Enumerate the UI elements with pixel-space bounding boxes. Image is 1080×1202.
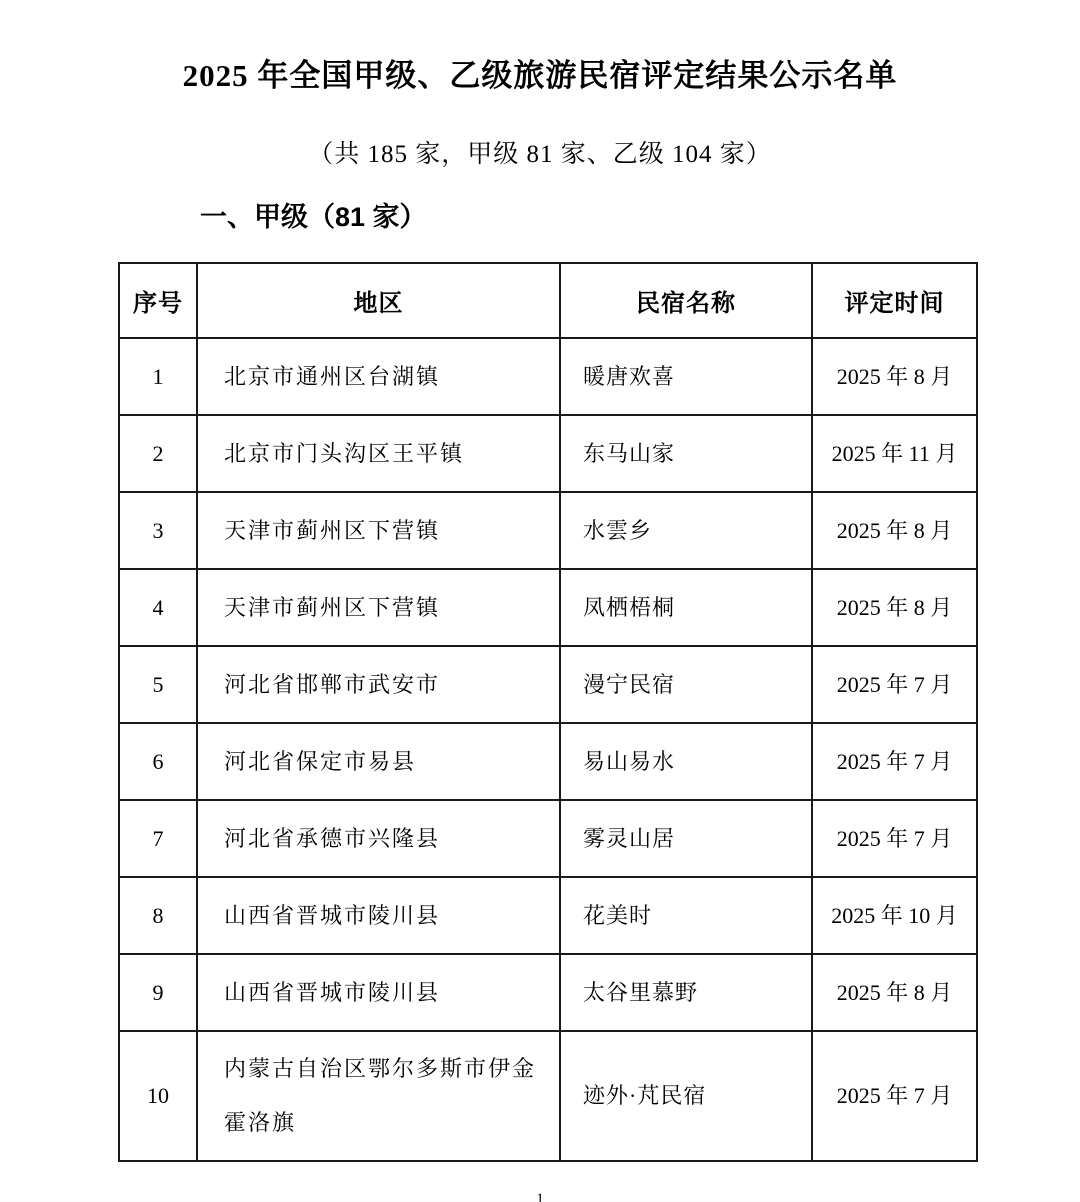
cell-index: 3 — [119, 492, 197, 569]
column-header-eval-date: 评定时间 — [812, 263, 977, 338]
cell-eval-date: 2025 年 7 月 — [812, 646, 977, 723]
cell-region: 北京市门头沟区王平镇 — [197, 415, 560, 492]
table-row: 6 河北省保定市易县 易山易水 2025 年 7 月 — [119, 723, 977, 800]
cell-homestay-name: 太谷里慕野 — [560, 954, 812, 1031]
cell-homestay-name: 凤栖梧桐 — [560, 569, 812, 646]
cell-region: 山西省晋城市陵川县 — [197, 954, 560, 1031]
cell-region: 山西省晋城市陵川县 — [197, 877, 560, 954]
column-header-homestay-name: 民宿名称 — [560, 263, 812, 338]
cell-eval-date: 2025 年 8 月 — [812, 338, 977, 415]
cell-eval-date: 2025 年 10 月 — [812, 877, 977, 954]
cell-region: 河北省邯郸市武安市 — [197, 646, 560, 723]
table-row: 7 河北省承德市兴隆县 雾灵山居 2025 年 7 月 — [119, 800, 977, 877]
table-row: 8 山西省晋城市陵川县 花美时 2025 年 10 月 — [119, 877, 977, 954]
page-title: 2025 年全国甲级、乙级旅游民宿评定结果公示名单 — [0, 50, 1080, 95]
cell-region: 北京市通州区台湖镇 — [197, 338, 560, 415]
cell-index: 2 — [119, 415, 197, 492]
cell-index: 8 — [119, 877, 197, 954]
cell-homestay-name: 漫宁民宿 — [560, 646, 812, 723]
cell-homestay-name: 东马山家 — [560, 415, 812, 492]
cell-eval-date: 2025 年 8 月 — [812, 492, 977, 569]
column-header-region: 地区 — [197, 263, 560, 338]
page-subtitle: （共 185 家，甲级 81 家、乙级 104 家） — [0, 134, 1080, 170]
cell-homestay-name: 水雲乡 — [560, 492, 812, 569]
cell-eval-date: 2025 年 7 月 — [812, 1031, 977, 1161]
cell-eval-date: 2025 年 8 月 — [812, 954, 977, 1031]
cell-homestay-name: 迹外·芃民宿 — [560, 1031, 812, 1161]
cell-index: 5 — [119, 646, 197, 723]
cell-homestay-name: 易山易水 — [560, 723, 812, 800]
table-row: 2 北京市门头沟区王平镇 东马山家 2025 年 11 月 — [119, 415, 977, 492]
table-header-row: 序号 地区 民宿名称 评定时间 — [119, 263, 977, 338]
cell-index: 4 — [119, 569, 197, 646]
cell-region: 天津市蓟州区下营镇 — [197, 569, 560, 646]
cell-homestay-name: 花美时 — [560, 877, 812, 954]
cell-homestay-name: 暖唐欢喜 — [560, 338, 812, 415]
cell-region: 河北省承德市兴隆县 — [197, 800, 560, 877]
column-header-index: 序号 — [119, 263, 197, 338]
cell-index: 1 — [119, 338, 197, 415]
cell-eval-date: 2025 年 7 月 — [812, 723, 977, 800]
cell-eval-date: 2025 年 11 月 — [812, 415, 977, 492]
homestay-results-table: 序号 地区 民宿名称 评定时间 1 北京市通州区台湖镇 暖唐欢喜 2025 年 … — [118, 262, 978, 1162]
cell-region: 天津市蓟州区下营镇 — [197, 492, 560, 569]
cell-index: 9 — [119, 954, 197, 1031]
cell-region: 河北省保定市易县 — [197, 723, 560, 800]
page-number: 1 — [0, 1191, 1080, 1202]
table-row: 4 天津市蓟州区下营镇 凤栖梧桐 2025 年 8 月 — [119, 569, 977, 646]
cell-homestay-name: 雾灵山居 — [560, 800, 812, 877]
section-heading-grade-a: 一、甲级（81 家） — [200, 195, 427, 234]
table-row: 10 内蒙古自治区鄂尔多斯市伊金霍洛旗 迹外·芃民宿 2025 年 7 月 — [119, 1031, 977, 1161]
cell-region: 内蒙古自治区鄂尔多斯市伊金霍洛旗 — [197, 1031, 560, 1161]
cell-index: 6 — [119, 723, 197, 800]
table-row: 1 北京市通州区台湖镇 暖唐欢喜 2025 年 8 月 — [119, 338, 977, 415]
table-row: 3 天津市蓟州区下营镇 水雲乡 2025 年 8 月 — [119, 492, 977, 569]
cell-eval-date: 2025 年 7 月 — [812, 800, 977, 877]
cell-index: 10 — [119, 1031, 197, 1161]
cell-eval-date: 2025 年 8 月 — [812, 569, 977, 646]
table-row: 9 山西省晋城市陵川县 太谷里慕野 2025 年 8 月 — [119, 954, 977, 1031]
cell-index: 7 — [119, 800, 197, 877]
table-row: 5 河北省邯郸市武安市 漫宁民宿 2025 年 7 月 — [119, 646, 977, 723]
